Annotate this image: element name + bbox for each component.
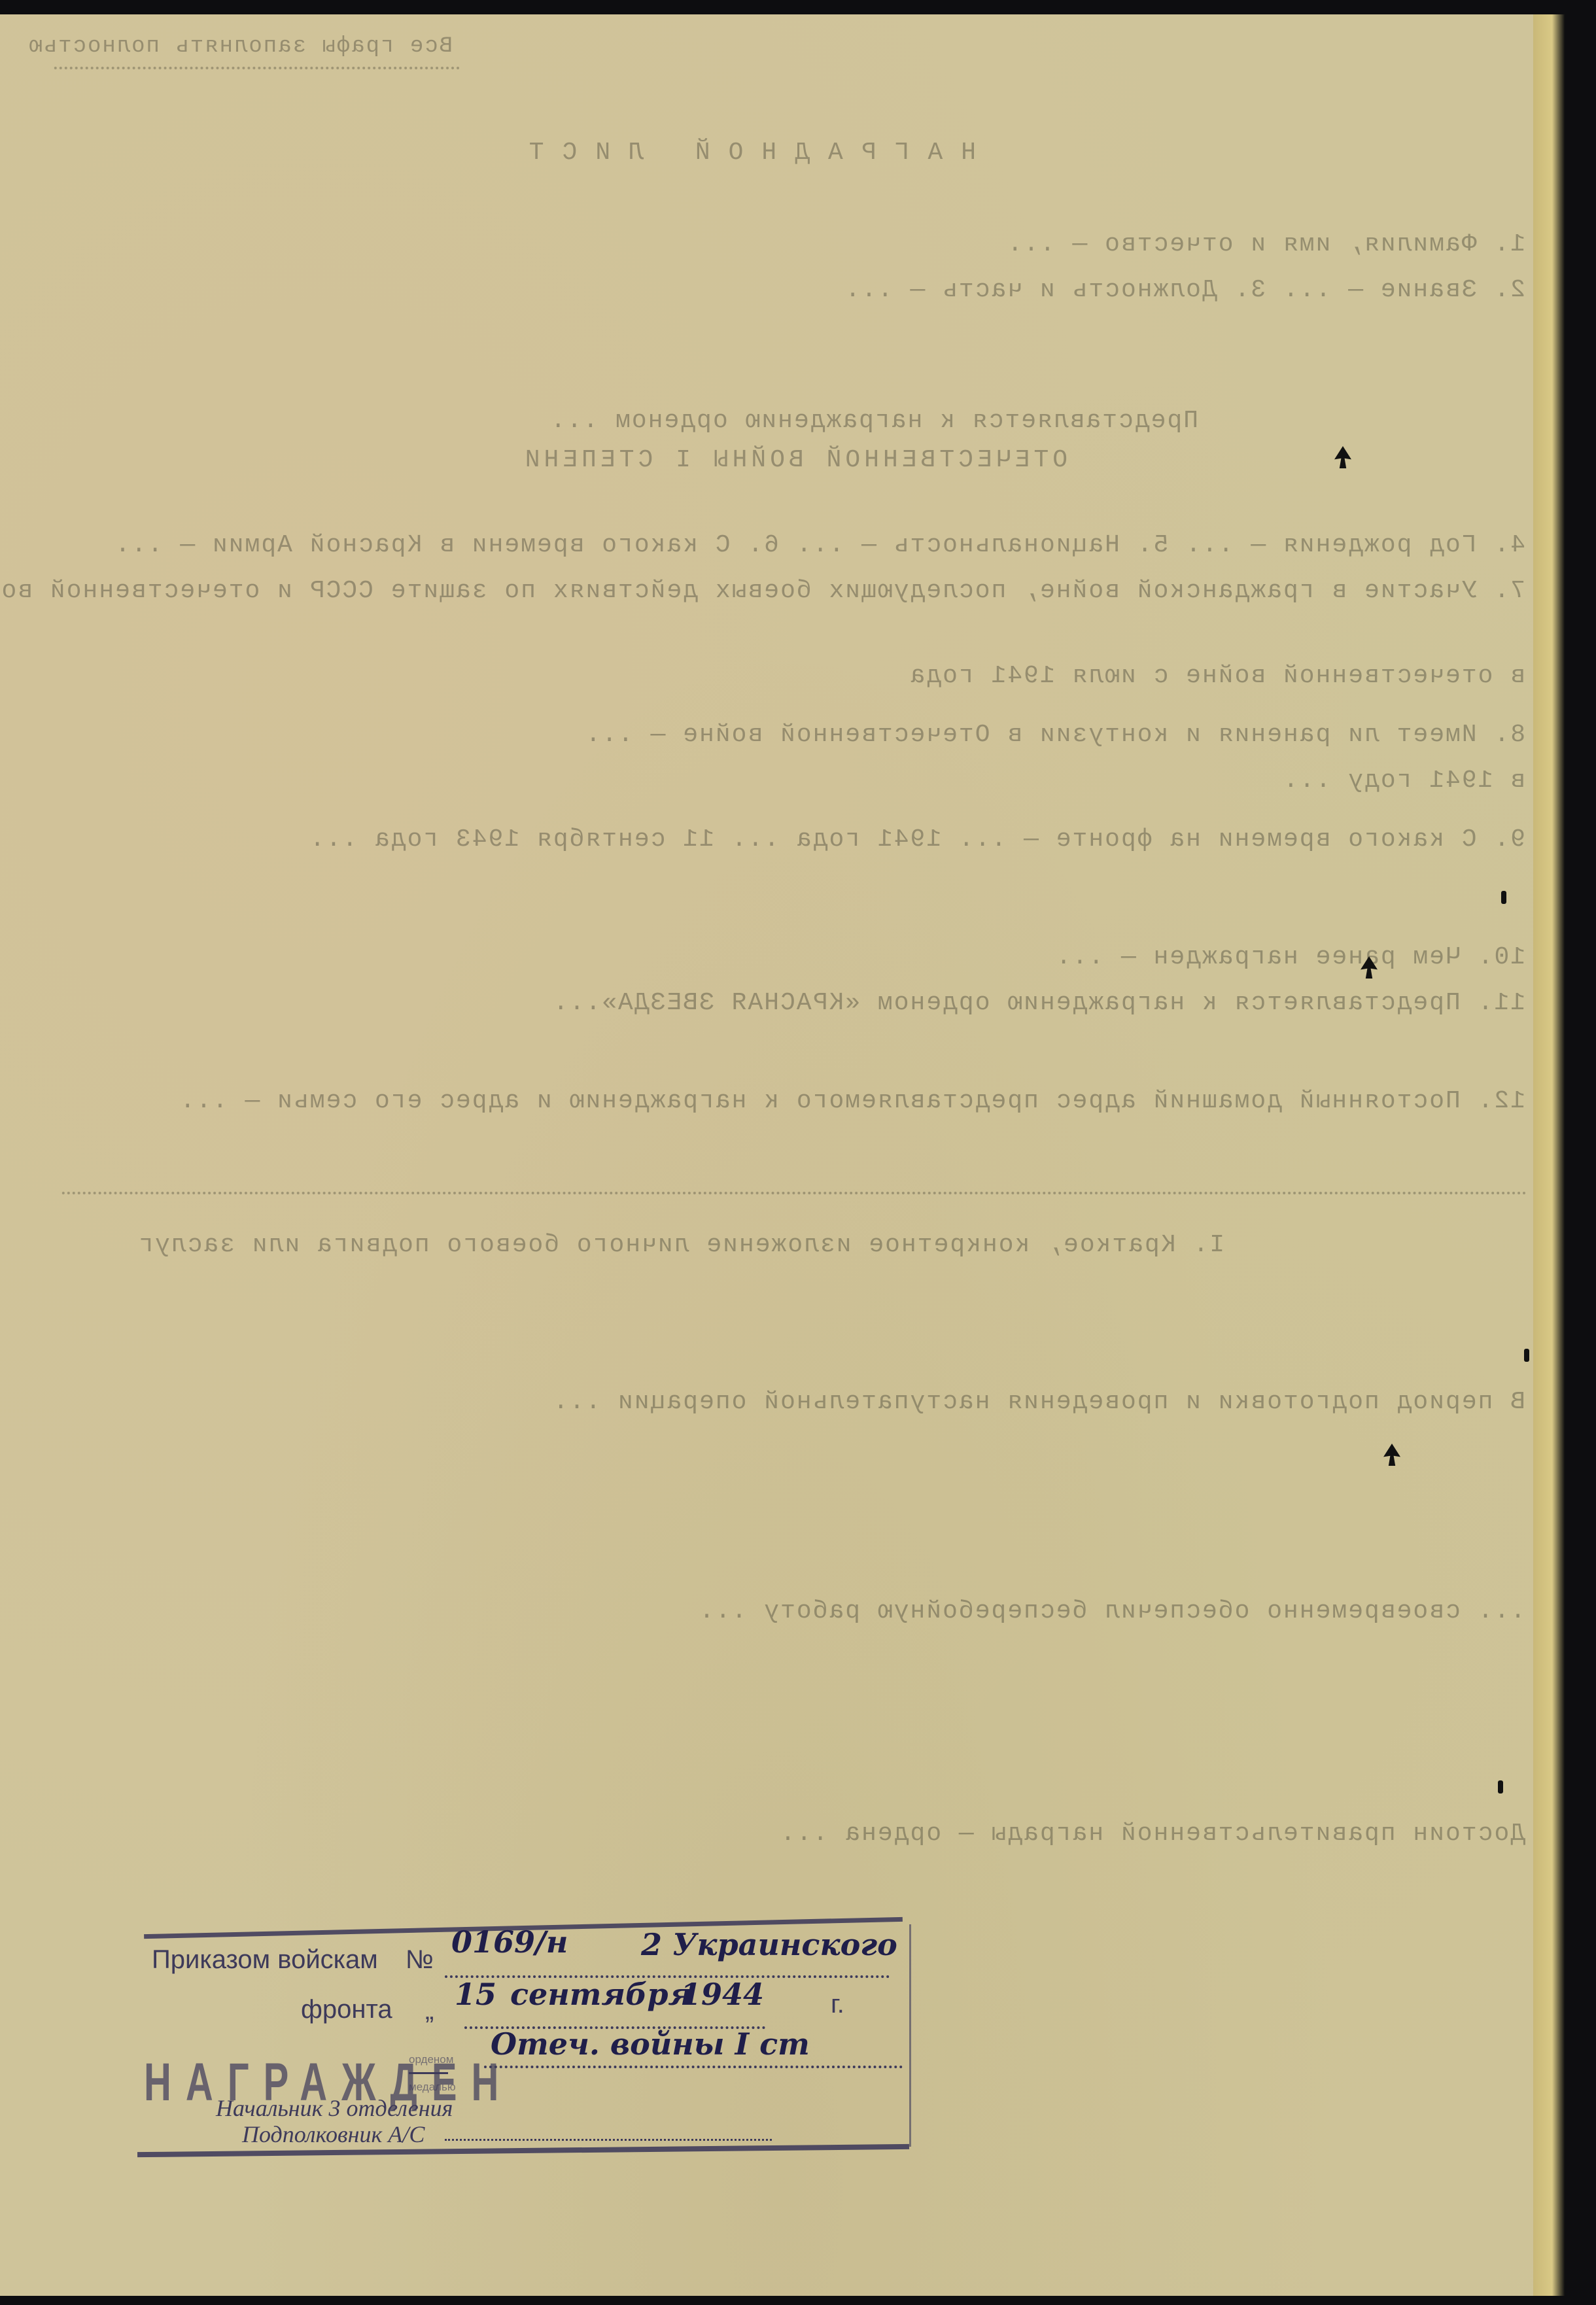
stamp-right-border — [909, 1924, 911, 2147]
bleed-line: 7. Участие в гражданской войне, последую… — [0, 577, 1525, 605]
bleed-line: 4. Год рождения — ... 5. Национальность … — [114, 531, 1525, 559]
bleed-section-rule — [60, 1192, 1525, 1194]
stamp-signer-title: Начальник 3 отделения — [216, 2094, 453, 2122]
bleed-line: I. Краткое, конкретное изложение личного… — [137, 1231, 1224, 1259]
mirrored-bleed-through-text: Все графы заполнять полностью НАГРАДНОЙ … — [0, 14, 1565, 1846]
stamp-date-day: 15 — [455, 1977, 496, 2012]
bleed-line: 2. Звание — ... 3. Должность и часть — .… — [844, 276, 1525, 304]
bleed-line: 1. Фамилия, имя и отчество — ... — [1006, 230, 1525, 258]
bleed-header: Все графы заполнять полностью — [27, 34, 453, 59]
stamp-number-sign: № — [406, 1945, 434, 1975]
stamp-order-label: Приказом войскам — [152, 1945, 378, 1975]
bleed-line: ОТЕЧЕСТВЕННОЙ ВОЙНЫ I СТЕПЕНИ — [521, 446, 1067, 474]
bleed-header-rule — [54, 67, 459, 69]
award-stamp: Приказом войскам № 0169/н 2 Украинского … — [144, 1898, 903, 2147]
bleed-line: 8. Имеет ли ранения и контузии в Отечест… — [584, 721, 1525, 749]
stamp-front-label: фронта — [301, 1995, 392, 2024]
paper-edge — [1533, 14, 1565, 2296]
stamp-signature-line — [445, 2139, 772, 2141]
bleed-title: НАГРАДНОЙ ЛИСТ — [511, 139, 976, 167]
stamp-order-number: 0169/н — [451, 1924, 568, 1960]
bleed-line: 12. Постоянный домашний адрес представля… — [179, 1087, 1525, 1115]
bleed-line: ... своевременно обеспечил бесперебойную… — [698, 1597, 1525, 1625]
punch-mark — [1498, 1780, 1503, 1794]
punch-mark — [1524, 1349, 1529, 1362]
bleed-line: в отечественной войне с июля 1941 года — [909, 662, 1525, 690]
stamp-quote-mark: „ — [425, 1996, 434, 2026]
stamp-date-month: сентября — [510, 1977, 692, 2012]
punch-mark — [1501, 891, 1506, 904]
stamp-award-name: Отеч. войны I ст — [491, 2026, 810, 2062]
stamp-type-divider — [409, 2072, 448, 2074]
document-page: Все графы заполнять полностью НАГРАДНОЙ … — [0, 14, 1565, 2296]
stamp-year-suffix: г. — [831, 1990, 844, 2019]
stamp-signer-rank: Подполковник А/С — [242, 2121, 425, 2148]
stamp-type-order: орденом — [409, 2049, 448, 2071]
stamp-date-year: 1944 — [680, 1977, 764, 2012]
bleed-line: 9. С какого времени на фронте — ... 1941… — [309, 825, 1525, 854]
stamp-dotted-line — [484, 2066, 903, 2068]
bleed-line: 10. Чем ранее награжден — ... — [1055, 943, 1525, 971]
bleed-line: в 1941 году ... — [1282, 767, 1525, 795]
stamp-front-name: 2 Украинского — [641, 1927, 897, 1962]
bleed-line: Достоин правительственной награды — орде… — [779, 1820, 1525, 1848]
bleed-line: 11. Представляется к награждению орденом… — [552, 989, 1525, 1017]
bleed-line: В период подготовки и проведения наступа… — [552, 1388, 1525, 1416]
bleed-line: Представляется к награждению орденом ... — [549, 407, 1198, 435]
